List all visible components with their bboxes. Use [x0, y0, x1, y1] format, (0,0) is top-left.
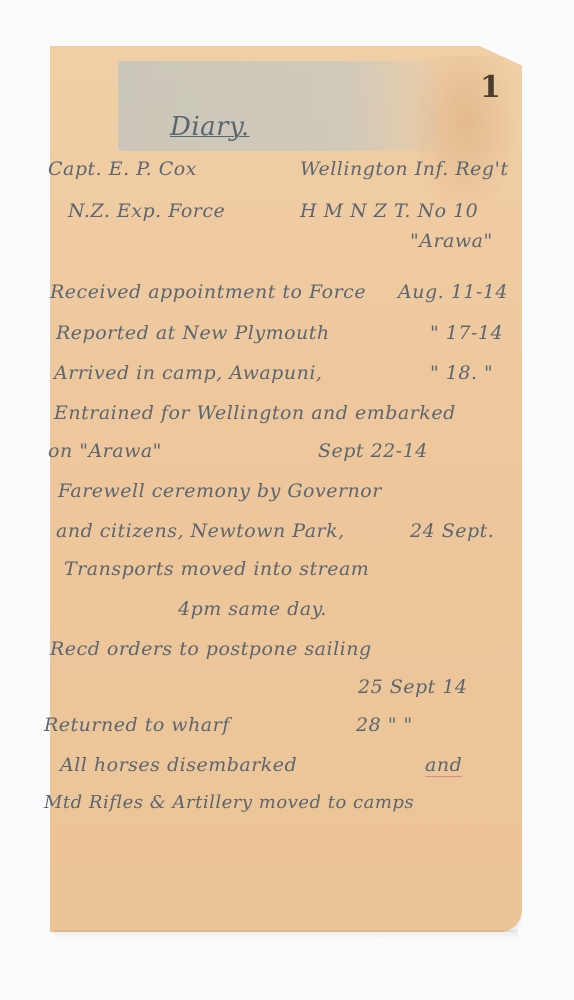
- author-name: Capt. E. P. Cox: [48, 158, 197, 180]
- entry-date: " 17-14: [430, 322, 503, 344]
- entry-date: Aug. 11-14: [398, 281, 508, 303]
- entry-text: Recd orders to postpone sailing: [50, 638, 372, 660]
- paper-foxing: [410, 56, 520, 216]
- entry-text: All horses disembarked: [60, 754, 297, 776]
- underlined-word: and: [425, 754, 462, 777]
- entry-date: " 18. ": [430, 362, 493, 384]
- ship-name: "Arawa": [410, 230, 493, 252]
- entry-date: Sept 22-14: [318, 440, 428, 462]
- entry-text: and citizens, Newtown Park,: [56, 520, 345, 542]
- entry-text: 4pm same day.: [178, 598, 327, 620]
- entry-text: on "Arawa": [48, 440, 162, 462]
- regiment: Wellington Inf. Reg't: [300, 158, 508, 180]
- entry-text: Farewell ceremony by Governor: [58, 480, 382, 502]
- page-title: Diary.: [170, 112, 250, 142]
- entry-text: Arrived in camp, Awapuni,: [54, 362, 322, 384]
- entry-date: 24 Sept.: [410, 520, 494, 542]
- entry-date: 25 Sept 14: [358, 676, 468, 698]
- entry-date: 28 " ": [356, 714, 413, 736]
- page-shadow: [54, 930, 518, 940]
- entry-text: Returned to wharf: [44, 714, 230, 736]
- page-number: 1: [480, 70, 501, 105]
- transport-number: H M N Z T. No 10: [300, 200, 478, 222]
- force-name: N.Z. Exp. Force: [68, 200, 225, 222]
- entry-text: Mtd Rifles & Artillery moved to camps: [44, 792, 414, 813]
- paper-stain: [118, 61, 438, 151]
- entry-text: Entrained for Wellington and embarked: [54, 402, 456, 424]
- entry-text: Transports moved into stream: [64, 558, 369, 580]
- entry-text: Received appointment to Force: [50, 281, 366, 303]
- entry-text: Reported at New Plymouth: [56, 322, 330, 344]
